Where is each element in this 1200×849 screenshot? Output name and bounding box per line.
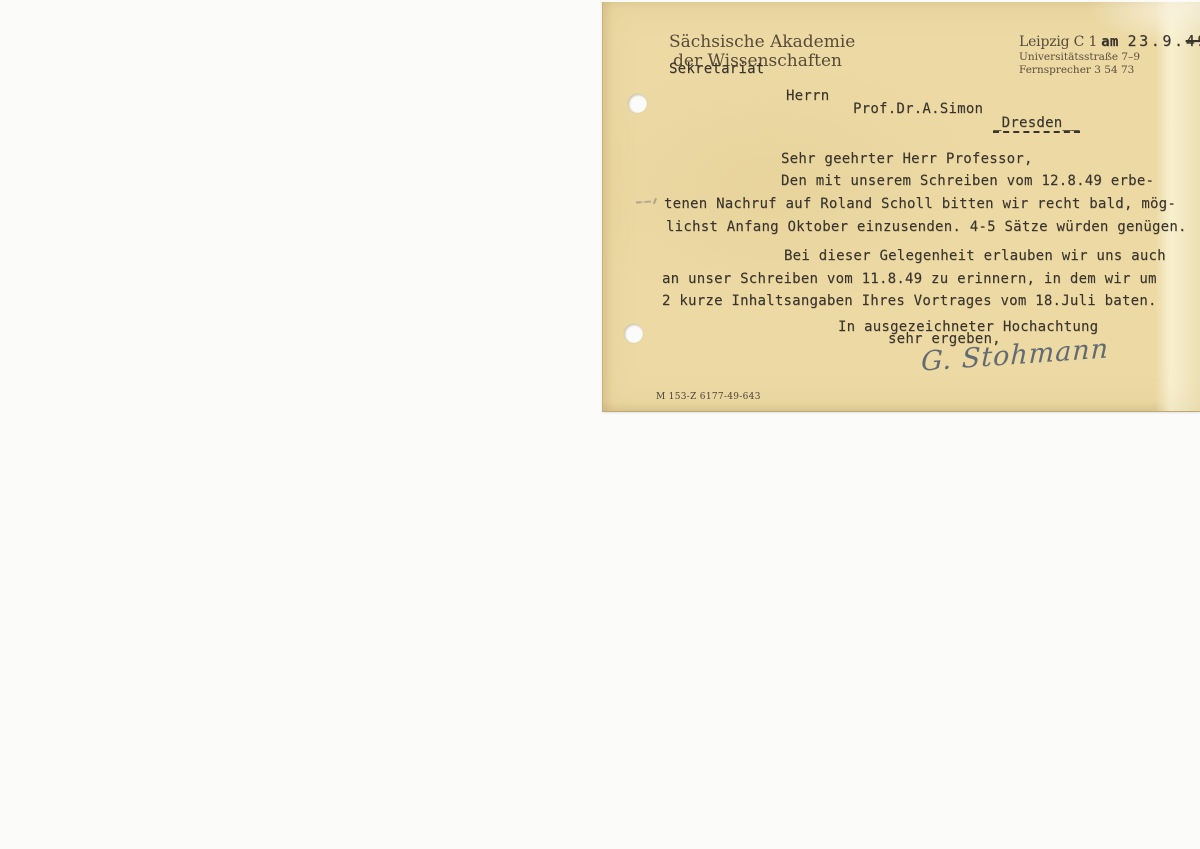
letterhead-street: Universitätsstraße 7–9 <box>1019 52 1140 63</box>
punch-hole-top <box>628 94 647 113</box>
body-line: Bei dieser Gelegenheit erlauben wir uns … <box>784 249 1166 263</box>
letter-paper: Sächsische Akademie der Wissenschaften S… <box>602 2 1200 412</box>
body-greeting: Sehr geehrter Herr Professor, <box>781 152 1033 166</box>
letterhead-place: Leipzig C 1 <box>1019 35 1097 49</box>
recipient-name: Prof.Dr.A.Simon <box>853 102 983 116</box>
punch-hole-bottom <box>624 324 643 343</box>
date-preposition: am <box>1101 35 1118 49</box>
recipient-salutation: Herrn <box>786 89 829 103</box>
letterhead-phone: Fernsprecher 3 54 73 <box>1019 65 1134 76</box>
pencil-tick <box>653 198 657 204</box>
body-line: lichst Anfang Oktober einzusenden. 4-5 S… <box>666 220 1187 234</box>
recipient-city: _Dresden__ <box>993 116 1080 133</box>
body-line: an unser Schreiben vom 11.8.49 zu erinne… <box>662 272 1157 286</box>
date-year-struck: 49 <box>1186 32 1200 50</box>
letterhead-department: Sekretariat <box>669 62 764 76</box>
date-day-month: 23.9. <box>1128 32 1186 50</box>
body-line: tenen Nachruf auf Roland Scholl bitten w… <box>664 197 1176 211</box>
margin-pencil-mark <box>636 198 662 205</box>
letterhead-dateline: Leipzig C 1 am 23.9.49 <box>1019 34 1200 49</box>
letter-date: 23.9.49 <box>1128 34 1200 49</box>
body-line: Den mit unserem Schreiben vom 12.8.49 er… <box>781 174 1154 188</box>
scan-background: Sächsische Akademie der Wissenschaften S… <box>0 0 1200 849</box>
form-print-code: M 153-Z 6177-49-643 <box>656 393 761 402</box>
letterhead-org-line1: Sächsische Akademie <box>669 34 855 51</box>
pencil-dash <box>636 200 651 203</box>
body-line: 2 kurze Inhaltsangaben Ihres Vortrages v… <box>662 294 1157 308</box>
